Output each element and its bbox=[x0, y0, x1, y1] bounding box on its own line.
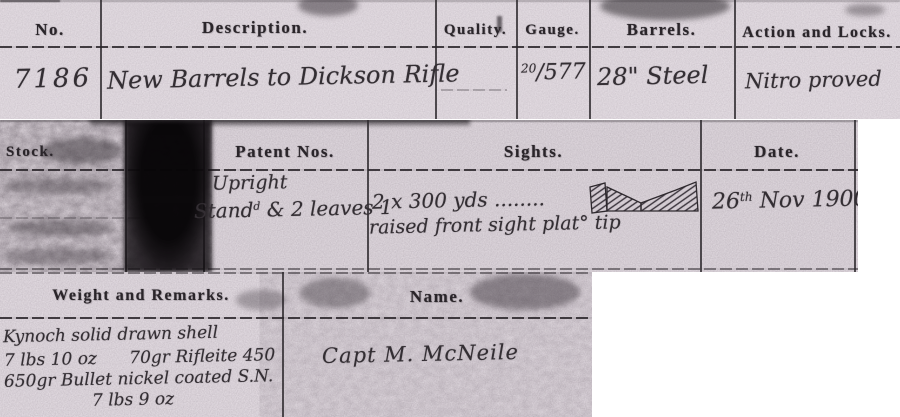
col-header-description: Description. bbox=[100, 18, 410, 38]
col-header-gauge: Gauge. bbox=[516, 22, 589, 39]
ink-smudge bbox=[845, 4, 885, 16]
col-header-barrels: Barrels. bbox=[589, 20, 734, 40]
strip-top-edge bbox=[0, 272, 592, 274]
entry-date-day: 26 bbox=[712, 189, 741, 215]
header-underline bbox=[0, 317, 592, 319]
column-divider bbox=[734, 0, 736, 119]
entry-date-rest: Nov 1900 bbox=[752, 186, 858, 213]
entry-gauge-numerator: 20 bbox=[521, 61, 537, 75]
register-strip-bottom: Weight and Remarks. Name. Kynoch solid d… bbox=[0, 272, 592, 417]
pencil-smudge bbox=[4, 178, 114, 194]
entry-name: Capt M. McNeile bbox=[322, 340, 519, 368]
col-header-sights: Sights. bbox=[367, 142, 700, 162]
entry-remarks-line1: Kynoch solid drawn shell bbox=[3, 323, 218, 347]
entry-sights-line1: 2 x 300 yds ........ bbox=[372, 186, 545, 214]
ink-smudge bbox=[298, 0, 358, 16]
entry-description: New Barrels to Dickson Rifle bbox=[107, 59, 460, 94]
column-divider bbox=[516, 0, 518, 119]
header-underline bbox=[0, 169, 858, 171]
col-header-date: Date. bbox=[700, 142, 854, 162]
pencil-mottle bbox=[0, 120, 212, 272]
strip-bottom-edge bbox=[0, 268, 858, 270]
entry-sights-line2: raised front sight plat° tip bbox=[369, 211, 621, 238]
header-underline bbox=[0, 46, 900, 48]
sight-sketch bbox=[588, 180, 702, 220]
entry-remarks-line4: 7 lbs 9 oz bbox=[92, 389, 174, 411]
pencil-smudge bbox=[2, 248, 114, 264]
entry-patent-line2a: Stand bbox=[194, 198, 254, 223]
register-strip-middle: Stock. Patent Nos. Sights. Date. Upright… bbox=[0, 120, 858, 272]
entry-date-suffix: th bbox=[740, 190, 753, 204]
entry-action-locks: Nitro proved bbox=[745, 67, 882, 94]
entry-remarks-line3: 650gr Bullet nickel coated S.N. bbox=[4, 366, 274, 392]
entry-quality-mark bbox=[441, 89, 507, 91]
entry-no: 7186 bbox=[10, 63, 97, 95]
entry-gauge: 20/577 bbox=[521, 59, 586, 85]
entry-patent-line1: Upright bbox=[212, 171, 288, 195]
col-header-quality: Quality. bbox=[435, 22, 516, 39]
col-header-weight-remarks: Weight and Remarks. bbox=[0, 287, 282, 305]
entry-gauge-rest: /577 bbox=[536, 59, 586, 85]
register-strip-top: No. Description. Quality. Gauge. Barrels… bbox=[0, 0, 900, 119]
column-divider bbox=[589, 0, 591, 119]
strip-top-edge-dark bbox=[0, 0, 60, 2]
ink-blot bbox=[124, 120, 212, 272]
col-header-action-locks: Action and Locks. bbox=[734, 24, 900, 42]
entry-barrels: 28" Steel bbox=[597, 61, 709, 91]
pencil-smudge bbox=[8, 220, 113, 236]
col-header-no: No. bbox=[0, 20, 100, 40]
strip-top-edge bbox=[0, 0, 900, 2]
entry-patent-line2-sup: d bbox=[253, 200, 260, 213]
col-header-stock: Stock. bbox=[6, 144, 76, 161]
strip-top-edge bbox=[0, 120, 858, 122]
row-line bbox=[0, 217, 203, 219]
entry-patent-line2: Standd & 2 leaves 1 bbox=[194, 195, 393, 223]
col-header-name: Name. bbox=[282, 287, 592, 307]
column-divider bbox=[125, 120, 127, 272]
col-header-patent-nos: Patent Nos. bbox=[203, 142, 367, 162]
ink-smudge bbox=[600, 0, 730, 20]
entry-date: 26th Nov 1900 bbox=[712, 186, 858, 214]
